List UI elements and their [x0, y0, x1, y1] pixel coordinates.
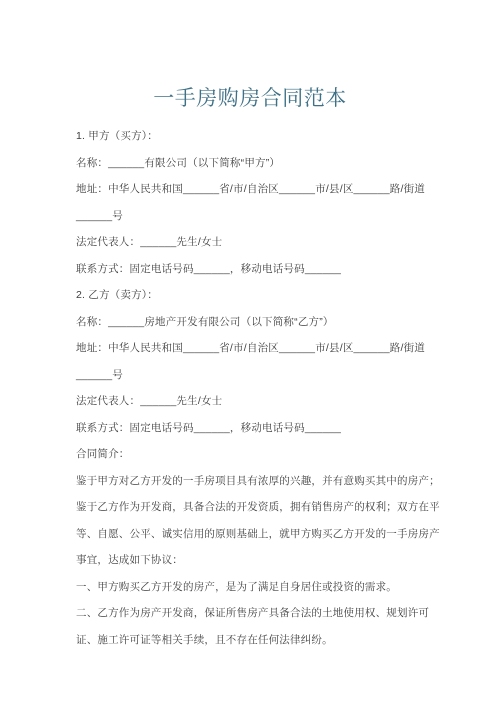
document-line: 法定代表人：______先生/女士: [76, 388, 448, 415]
document-line: 2. 乙方（卖方）：: [76, 282, 448, 309]
document-line: 地址：中华人民共和国______省/市/自治区______市/县/区______…: [76, 335, 448, 362]
document-line: 事宜，达成如下协议：: [76, 547, 448, 574]
document-line: 二、乙方作为房产开发商，保证所售房产具备合法的土地使用权、规划许可: [76, 600, 448, 627]
document-body: 1. 甲方（买方）：名称：______有限公司（以下简称“甲方”）地址：中华人民…: [76, 123, 448, 653]
document-line: 证、施工许可证等相关手续，且不存在任何法律纠纷。: [76, 627, 448, 654]
document-line: 法定代表人：______先生/女士: [76, 229, 448, 256]
document-line: 鉴于甲方对乙方开发的一手房项目具有浓厚的兴趣，并有意购买其中的房产；: [76, 468, 448, 495]
document-line: 等、自愿、公平、诚实信用的原则基础上，就甲方购买乙方开发的一手房房产: [76, 521, 448, 548]
document-line: ______号: [76, 203, 448, 230]
document-line: 1. 甲方（买方）：: [76, 123, 448, 150]
document-line: 联系方式：固定电话号码______，移动电话号码______: [76, 256, 448, 283]
document-line: ______号: [76, 362, 448, 389]
document-line: 一、甲方购买乙方开发的房产，是为了满足自身居住或投资的需求。: [76, 574, 448, 601]
document-line: 联系方式：固定电话号码______，移动电话号码______: [76, 415, 448, 442]
document-line: 鉴于乙方作为开发商，具备合法的开发资质，拥有销售房产的权利；双方在平: [76, 494, 448, 521]
document-line: 合同简介：: [76, 441, 448, 468]
contract-document-page: 一手房购房合同范本 1. 甲方（买方）：名称：______有限公司（以下简称“甲…: [0, 0, 500, 707]
document-line: 名称：______有限公司（以下简称“甲方”）: [76, 150, 448, 177]
document-line: 地址：中华人民共和国______省/市/自治区______市/县/区______…: [76, 176, 448, 203]
document-line: 名称：______房地产开发有限公司（以下简称“乙方”）: [76, 309, 448, 336]
document-title: 一手房购房合同范本: [0, 82, 500, 112]
